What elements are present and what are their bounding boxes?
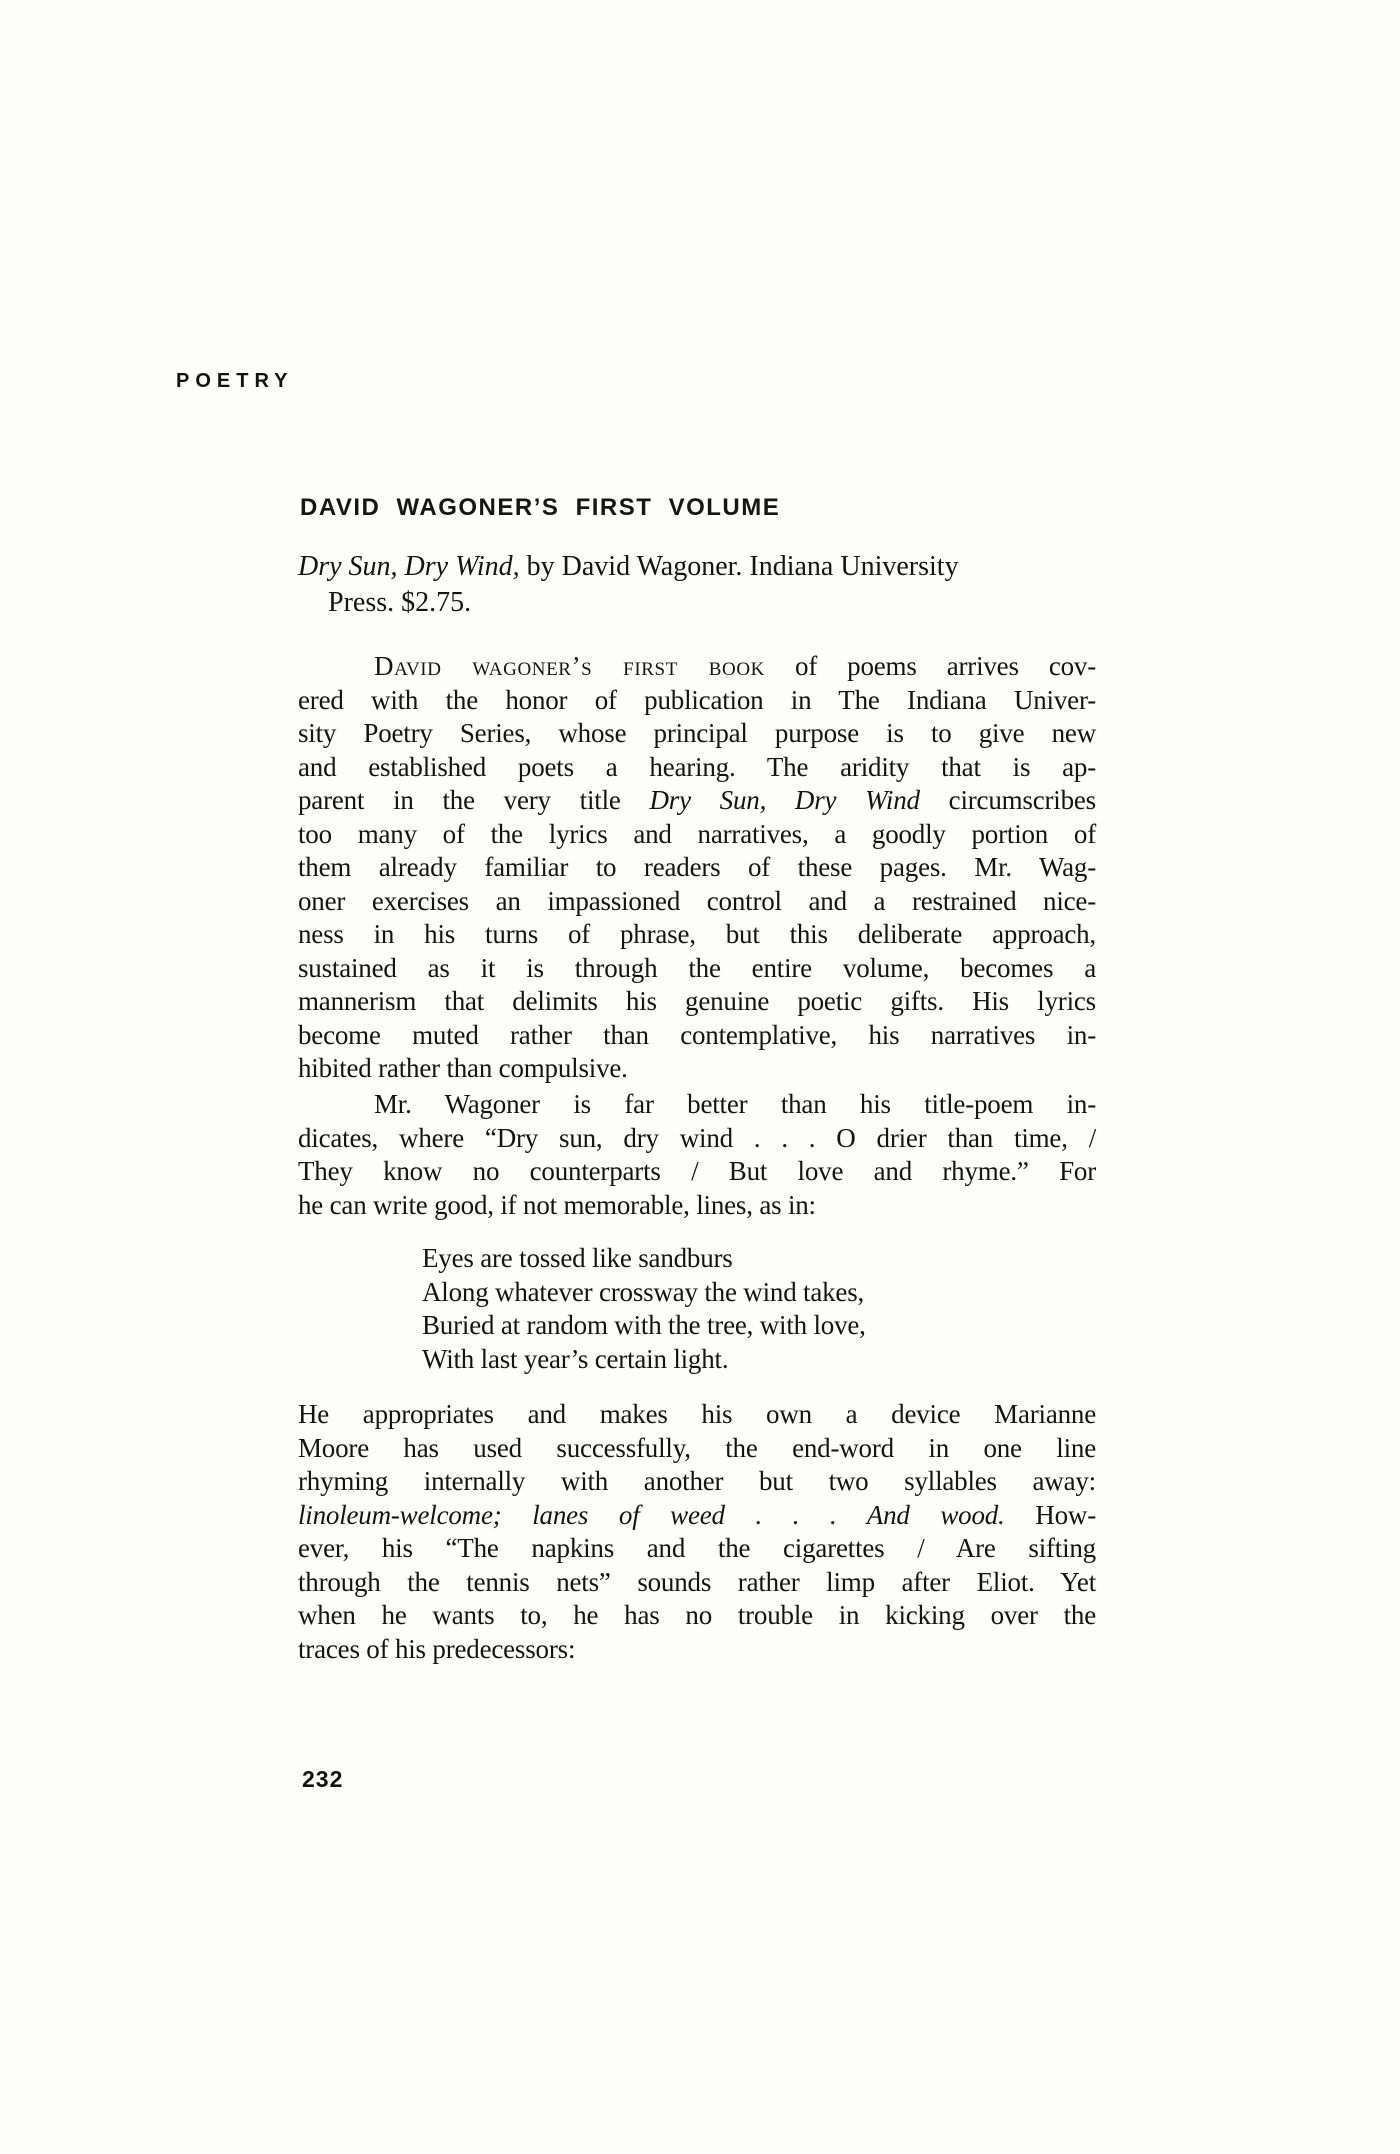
text-segment: With last year’s certain light. <box>422 1344 728 1374</box>
running-header: POETRY <box>176 370 294 393</box>
text-line: through the tennis nets” sounds rather l… <box>298 1566 1096 1600</box>
text-segment: circumscribes <box>920 785 1096 815</box>
text-segment: oner exercises an impassioned control an… <box>298 886 1096 916</box>
text-line: too many of the lyrics and narratives, a… <box>298 818 1096 852</box>
text-line: Buried at random with the tree, with lov… <box>422 1309 1220 1343</box>
text-segment: parent in the very title <box>298 785 649 815</box>
text-segment: become muted rather than contemplative, … <box>298 1020 1096 1050</box>
text-segment: He appropriates and makes his own a devi… <box>298 1399 1096 1429</box>
text-line: hibited rather than compulsive. <box>298 1052 1096 1086</box>
text-line: traces of his predecessors: <box>298 1633 1096 1667</box>
text-segment: Dry Sun, Dry Wind <box>649 785 919 815</box>
paragraph-1: David wagoner’s first book of poems arri… <box>298 650 1096 1086</box>
text-line: become muted rather than contemplative, … <box>298 1019 1096 1053</box>
page-number: 232 <box>302 1766 343 1793</box>
text-segment: traces of his predecessors: <box>298 1634 575 1664</box>
text-segment: David wagoner’s first book <box>374 651 765 681</box>
text-segment: hibited rather than compulsive. <box>298 1053 628 1083</box>
article-title: DAVID WAGONER’S FIRST VOLUME <box>300 494 780 522</box>
paragraph-3: He appropriates and makes his own a devi… <box>298 1398 1096 1666</box>
text-line: oner exercises an impassioned control an… <box>298 885 1096 919</box>
text-line: and established poets a hearing. The ari… <box>298 751 1096 785</box>
text-line: Dry Sun, Dry Wind, by David Wagoner. Ind… <box>298 549 1096 585</box>
text-segment: Eyes are tossed like sandburs <box>422 1243 733 1273</box>
text-segment: ever, his “The napkins and the cigarette… <box>298 1533 1096 1563</box>
text-line: ered with the honor of publication in Th… <box>298 684 1096 718</box>
text-segment: when he wants to, he has no trouble in k… <box>298 1600 1096 1630</box>
text-segment: dicates, where “Dry sun, dry wind . . . … <box>298 1123 1096 1153</box>
book-citation: Dry Sun, Dry Wind, by David Wagoner. Ind… <box>298 549 1096 621</box>
text-line: Mr. Wagoner is far better than his title… <box>298 1088 1096 1122</box>
text-segment: Buried at random with the tree, with lov… <box>422 1310 866 1340</box>
verse-quotation: Eyes are tossed like sandbursAlong whate… <box>298 1242 1220 1376</box>
text-segment: and established poets a hearing. The ari… <box>298 752 1096 782</box>
text-line: ness in his turns of phrase, but this de… <box>298 918 1096 952</box>
text-segment: linoleum-welcome; lanes of weed . . . An… <box>298 1500 1005 1530</box>
scanned-page: POETRY DAVID WAGONER’S FIRST VOLUME Dry … <box>0 0 1400 2154</box>
text-line: parent in the very title Dry Sun, Dry Wi… <box>298 784 1096 818</box>
text-segment: through the tennis nets” sounds rather l… <box>298 1567 1096 1597</box>
text-line: Moore has used successfully, the end-wor… <box>298 1432 1096 1466</box>
text-segment: of poems arrives cov- <box>765 651 1096 681</box>
text-segment: mannerism that delimits his genuine poet… <box>298 986 1096 1016</box>
text-segment: by David Wagoner. Indiana University <box>520 551 959 582</box>
text-line: He appropriates and makes his own a devi… <box>298 1398 1096 1432</box>
text-line: They know no counterparts / But love and… <box>298 1155 1096 1189</box>
text-segment: sity Poetry Series, whose principal purp… <box>298 718 1096 748</box>
text-segment: Mr. Wagoner is far better than his title… <box>374 1089 1096 1119</box>
text-line: dicates, where “Dry sun, dry wind . . . … <box>298 1122 1096 1156</box>
text-segment: too many of the lyrics and narratives, a… <box>298 819 1096 849</box>
text-segment: How- <box>1005 1500 1096 1530</box>
text-segment: rhyming internally with another but two … <box>298 1466 1096 1496</box>
text-line: David wagoner’s first book of poems arri… <box>298 650 1096 684</box>
text-line: sity Poetry Series, whose principal purp… <box>298 717 1096 751</box>
text-line: With last year’s certain light. <box>422 1343 1220 1377</box>
text-line: Along whatever crossway the wind takes, <box>422 1276 1220 1310</box>
text-line: when he wants to, he has no trouble in k… <box>298 1599 1096 1633</box>
text-segment: Dry Sun, Dry Wind, <box>298 551 520 582</box>
paragraph-2: Mr. Wagoner is far better than his title… <box>298 1088 1096 1222</box>
text-segment: Moore has used successfully, the end-wor… <box>298 1433 1096 1463</box>
text-segment: sustained as it is through the entire vo… <box>298 953 1096 983</box>
text-line: rhyming internally with another but two … <box>298 1465 1096 1499</box>
text-line: Eyes are tossed like sandburs <box>422 1242 1220 1276</box>
text-line: Press. $2.75. <box>298 585 1096 621</box>
text-segment: Press. $2.75. <box>328 587 471 618</box>
text-line: he can write good, if not memorable, lin… <box>298 1189 1096 1223</box>
text-segment: Along whatever crossway the wind takes, <box>422 1277 864 1307</box>
text-line: sustained as it is through the entire vo… <box>298 952 1096 986</box>
text-segment: ness in his turns of phrase, but this de… <box>298 919 1096 949</box>
text-segment: They know no counterparts / But love and… <box>298 1156 1096 1186</box>
text-segment: ered with the honor of publication in Th… <box>298 685 1096 715</box>
text-segment: them already familiar to readers of thes… <box>298 852 1096 882</box>
text-line: linoleum-welcome; lanes of weed . . . An… <box>298 1499 1096 1533</box>
text-line: ever, his “The napkins and the cigarette… <box>298 1532 1096 1566</box>
text-segment: he can write good, if not memorable, lin… <box>298 1190 816 1220</box>
text-line: them already familiar to readers of thes… <box>298 851 1096 885</box>
text-line: mannerism that delimits his genuine poet… <box>298 985 1096 1019</box>
